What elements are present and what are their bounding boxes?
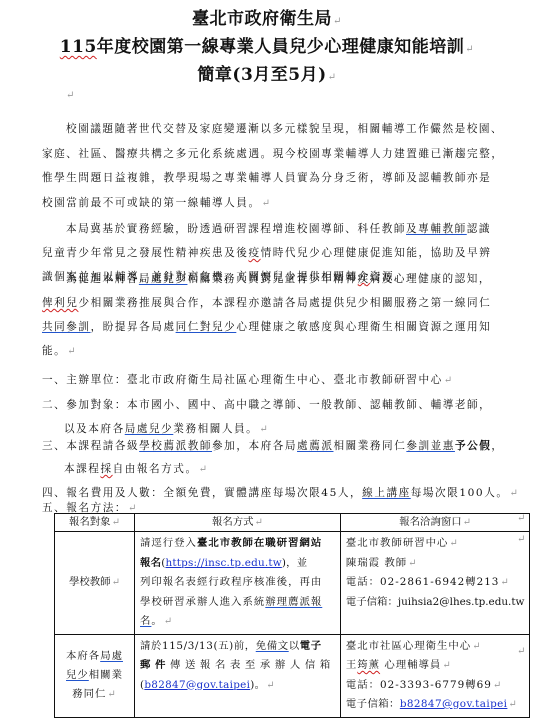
table-row: 學校教師↵ 請逕行登入臺北市教師在職研習網站 報名(https://insc.t… — [55, 532, 530, 635]
header-method: 報名方式↵ — [135, 514, 341, 532]
registration-table: 報名對象↵ 報名方式↵ 報名洽詢窗口↵ 學校教師↵ 請逕行登入臺北市教師在職研習… — [54, 513, 530, 718]
text-underlined: 線上講座 — [362, 487, 411, 499]
text: )。 — [250, 679, 265, 691]
text: ，盼提昇各局處 — [91, 321, 176, 333]
text: 以及本府各 — [64, 423, 125, 435]
text: )，並 — [282, 557, 307, 569]
section-course-line2: 本課程採自由報名方式。↵ — [64, 461, 209, 476]
paragraph-mark-icon: ↵ — [67, 346, 77, 357]
text: 電話：02-2861-6942轉213 — [346, 576, 500, 588]
paragraph-mark-icon: ↵ — [509, 488, 519, 499]
paragraph-mark-icon: ↵ — [328, 72, 337, 83]
text: 陳瑞霞 教師 — [346, 557, 407, 569]
text: 臺北市社區心理衛生中心 — [346, 640, 471, 652]
text-underlined: 辦理薦派報 — [265, 596, 322, 608]
intro-p3-line2: 俾利兒少相關業務推展與合作，本課程亦邀請各局處提供兒少相關服務之第一線同仁 — [42, 295, 491, 310]
text-underlined: 處薦派 — [297, 440, 333, 452]
paragraph-mark-icon: ↵ — [266, 680, 275, 691]
spellcheck-text: 俾利兒 — [42, 297, 78, 309]
text: 心理健康之敏感度與心理衛生相關資源之運用知 — [236, 321, 491, 333]
section-participants-line1: 二、參加對象：本市國小、國中、高中職之導師、一般教師、認輔教師、輔導老師， — [42, 397, 491, 412]
text: 相關業務同仁 — [333, 440, 406, 452]
text: 一、主辦單位：臺北市政府衛生局社區心理衛生中心、臺北市教師研習中心 — [42, 374, 443, 386]
text-bold: 郵件 — [140, 659, 170, 671]
paragraph-mark-icon: ↵ — [493, 680, 502, 691]
paragraph-mark-icon: ↵ — [465, 44, 474, 55]
paragraph-mark-icon: ↵ — [112, 517, 120, 528]
text-underlined: 免備文 — [256, 640, 289, 652]
text: 四、報名費用及人數：全額免費，實體講座每場次限45人， — [42, 487, 362, 499]
text: 報名方式 — [212, 516, 254, 528]
spellcheck-text: 採 — [100, 463, 112, 475]
text: 以 — [289, 640, 300, 652]
email-link[interactable]: b82847@gov.taipei — [144, 679, 250, 691]
text: 校園當前最不可或缺的第一線輔導人員。 — [42, 197, 261, 209]
text: 。 — [151, 615, 162, 627]
text-bold: 電子 — [300, 640, 322, 652]
text: 認識 — [467, 223, 491, 235]
text: 臺北市教師研習中心 — [346, 537, 449, 549]
row-target-teachers: 學校教師↵ — [55, 532, 135, 635]
paragraph-mark-icon: ↵ — [107, 689, 116, 700]
row-contact-agency-staff: 臺北市社區心理衛生中心↵ 王筠薰 心理輔導員↵ 電話：02-3393-6779轉… — [340, 634, 530, 717]
text: 自由報名方式。 — [113, 463, 198, 475]
intro-p2-line2: 兒童青少年常見之發展性精神疾患及後疫情時代兒少心理健康促進知能，協助及早辨 — [42, 245, 491, 260]
header-contact: 報名洽詢窗口↵ — [340, 514, 530, 532]
text-underlined: 局處兒少 — [125, 423, 174, 435]
text-underlined: 局處 — [100, 650, 123, 662]
spellcheck-text: 疫 — [248, 247, 260, 259]
text: 報名洽詢窗口 — [399, 516, 461, 528]
text-underlined: 共同參訓 — [42, 321, 91, 333]
org-title-text: 臺北市政府衛生局 — [192, 9, 332, 29]
text-bold: 報名 — [140, 557, 161, 569]
table-header-row: 報名對象↵ 報名方式↵ 報名洽詢窗口↵ — [55, 514, 530, 532]
text: 電子信箱： — [346, 698, 400, 710]
text-underlined: 參訓並惠 — [406, 440, 455, 452]
text: 學校研習承辦人進入系統 — [140, 596, 265, 608]
intro-p1-line3: 惟學生問題日益複雜，教學現場之專業輔導人員實為分身乏術，導師及認輔教師亦是 — [42, 170, 491, 185]
text: 相關業務人員對兒童青少年精神疾病及心理健康的認知， — [187, 273, 491, 285]
paragraph-mark-icon: ↵ — [463, 517, 471, 528]
text: 王 — [346, 659, 357, 671]
intro-p2-line1: 本局冀基於實務經驗，盼透過研習課程增進校園導師、科任教師及專輔教師認識 — [66, 221, 491, 236]
text: 電話：02-3393-6779轉69 — [346, 679, 492, 691]
text-underlined: 及專輔教師 — [406, 223, 467, 235]
text: 傳送報名表至承辦人信箱 — [170, 659, 335, 671]
paragraph-mark-icon: ↵ — [112, 577, 120, 588]
text-underlined: 學校薦派教師 — [139, 440, 212, 452]
paragraph-mark-icon: ↵ — [262, 198, 272, 209]
text-underlined: 名 — [140, 615, 151, 627]
title-year: 115 — [60, 37, 97, 57]
paragraph-mark-icon: ↵ — [442, 660, 451, 671]
text: 電子信箱：juihsia2@lhes.tp.edu.tw — [346, 596, 525, 608]
paragraph-mark-icon: ↵ — [408, 558, 417, 569]
text-underlined: 兒少 — [66, 669, 89, 681]
paragraph-mark-icon: ↵ — [199, 464, 209, 475]
text-bold: 予公假 — [455, 440, 491, 452]
text: 為促進本府各 — [66, 273, 139, 285]
spellcheck-text: 筠薰 — [357, 659, 380, 671]
section-organizer: 一、主辦單位：臺北市政府衛生局社區心理衛生中心、臺北市教師研習中心↵ — [42, 372, 454, 387]
text: 三、本課程請各級 — [42, 440, 139, 452]
text: 列印報名表經行政程序核准後，再由 — [140, 573, 335, 593]
text: 心理輔導員 — [380, 659, 441, 671]
paragraph-mark-icon: ↵ — [333, 16, 342, 27]
intro-p3-line1-actual: 為促進本府各局處兒少相關業務人員對兒童青少年精神疾病及心理健康的認知， — [66, 271, 491, 286]
text: 請逕行登入 — [140, 537, 197, 549]
row-end-mark-icon: ↵ — [517, 513, 525, 524]
text: ， — [491, 440, 503, 452]
row-end-mark-icon: ↵ — [517, 534, 525, 545]
text: 少相關業務推展與合作，本課程亦邀請各局處提供兒少相關服務之第一線同仁 — [78, 297, 491, 309]
paragraph-mark-icon: ↵ — [255, 517, 263, 528]
document-subtitle: 簡章(3月至5月)↵ — [0, 60, 534, 85]
text: 參加，本府各局 — [212, 440, 297, 452]
paragraph-mark-icon: ↵ — [164, 616, 173, 627]
row-contact-teachers: 臺北市教師研習中心↵ 陳瑞霞 教師↵ 電話：02-2861-6942轉213↵ … — [340, 532, 530, 635]
text: 學校教師 — [69, 576, 111, 588]
text-underlined: 局處兒少 — [139, 273, 188, 285]
row-method-teachers: 請逕行登入臺北市教師在職研習網站 報名(https://insc.tp.edu.… — [135, 532, 341, 635]
text: 本課程 — [64, 463, 100, 475]
header-target: 報名對象↵ — [55, 514, 135, 532]
row-method-agency-staff: 請於115/3/13(五)前，免備文以電子 郵件傳送報名表至承辦人信箱 (b82… — [135, 634, 341, 717]
intro-p1-line1: 校園議題隨著世代交替及家庭變遷漸以多元樣貌呈現，相關輔導工作儼然是校園、 — [66, 121, 503, 136]
document-org-title: 臺北市政府衛生局↵ — [0, 4, 534, 29]
paragraph-mark-icon: ↵ — [259, 424, 269, 435]
text: 每場次限100人。 — [411, 487, 509, 499]
intro-p3-line4: 能。↵ — [42, 343, 77, 358]
title-main-text: 年度校園第一線專業人員兒少心理健康知能培訓 — [97, 37, 465, 57]
text: 務同仁 — [72, 688, 106, 700]
row-end-mark-icon: ↵ — [517, 646, 525, 657]
paragraph-mark-icon: ↵ — [472, 641, 481, 652]
intro-p3-line3: 共同參訓，盼提昇各局處同仁對兒少心理健康之敏感度與心理衛生相關資源之運用知 — [42, 319, 491, 334]
section-course-line1: 三、本課程請各級學校薦派教師參加，本府各局處薦派相關業務同仁參訓並惠予公假， — [42, 438, 504, 453]
text: 業務相關人員。 — [173, 423, 258, 435]
text-underlined: 同仁對兒少 — [176, 321, 237, 333]
paragraph-mark-icon: ↵ — [66, 90, 74, 101]
paragraph-mark-icon: ↵ — [444, 375, 454, 386]
intro-p1-line4: 校園當前最不可或缺的第一線輔導人員。↵ — [42, 195, 272, 210]
section-participants-line2: 以及本府各局處兒少業務相關人員。↵ — [64, 421, 269, 436]
text: 本局冀基於實務經驗，盼透過研習課程增進校園導師、科任教師 — [66, 223, 406, 235]
row-target-agency-staff: 本府各局處 兒少相關業 務同仁↵ — [55, 634, 135, 717]
text: 情時代兒少心理健康促進知能，協助及早辨 — [261, 247, 492, 259]
insc-link[interactable]: https://insc.tp.edu.tw — [165, 557, 281, 569]
document-main-title: 115年度校園第一線專業人員兒少心理健康知能培訓↵ — [0, 32, 534, 57]
subtitle-text: 簡章(3月至5月) — [197, 65, 326, 85]
section-fees: 四、報名費用及人數：全額免費，實體講座每場次限45人，線上講座每場次限100人。… — [42, 485, 519, 500]
paragraph-mark-icon: ↵ — [508, 699, 517, 710]
paragraph-mark-icon: ↵ — [500, 577, 509, 588]
text: 兒童青少年常見之發展性精神疾患及後 — [42, 247, 248, 259]
contact-email-link[interactable]: b82847@gov.taipei — [400, 698, 508, 710]
paragraph-mark-icon: ↵ — [449, 538, 458, 549]
table-row: 本府各局處 兒少相關業 務同仁↵ 請於115/3/13(五)前，免備文以電子 郵… — [55, 634, 530, 717]
text-bold: 臺北市教師在職研習網站 — [197, 537, 322, 549]
text: 報名對象 — [69, 516, 111, 528]
intro-p1-line2: 家庭、社區、醫療共構之多元化系統處遇。現今校園專業輔導人力建置雖已漸趨完整， — [42, 146, 503, 161]
text: 本府各 — [66, 650, 100, 662]
text: 請於115/3/13(五)前， — [140, 640, 256, 652]
text: 相關業 — [89, 669, 123, 681]
text: 能。 — [42, 345, 66, 357]
